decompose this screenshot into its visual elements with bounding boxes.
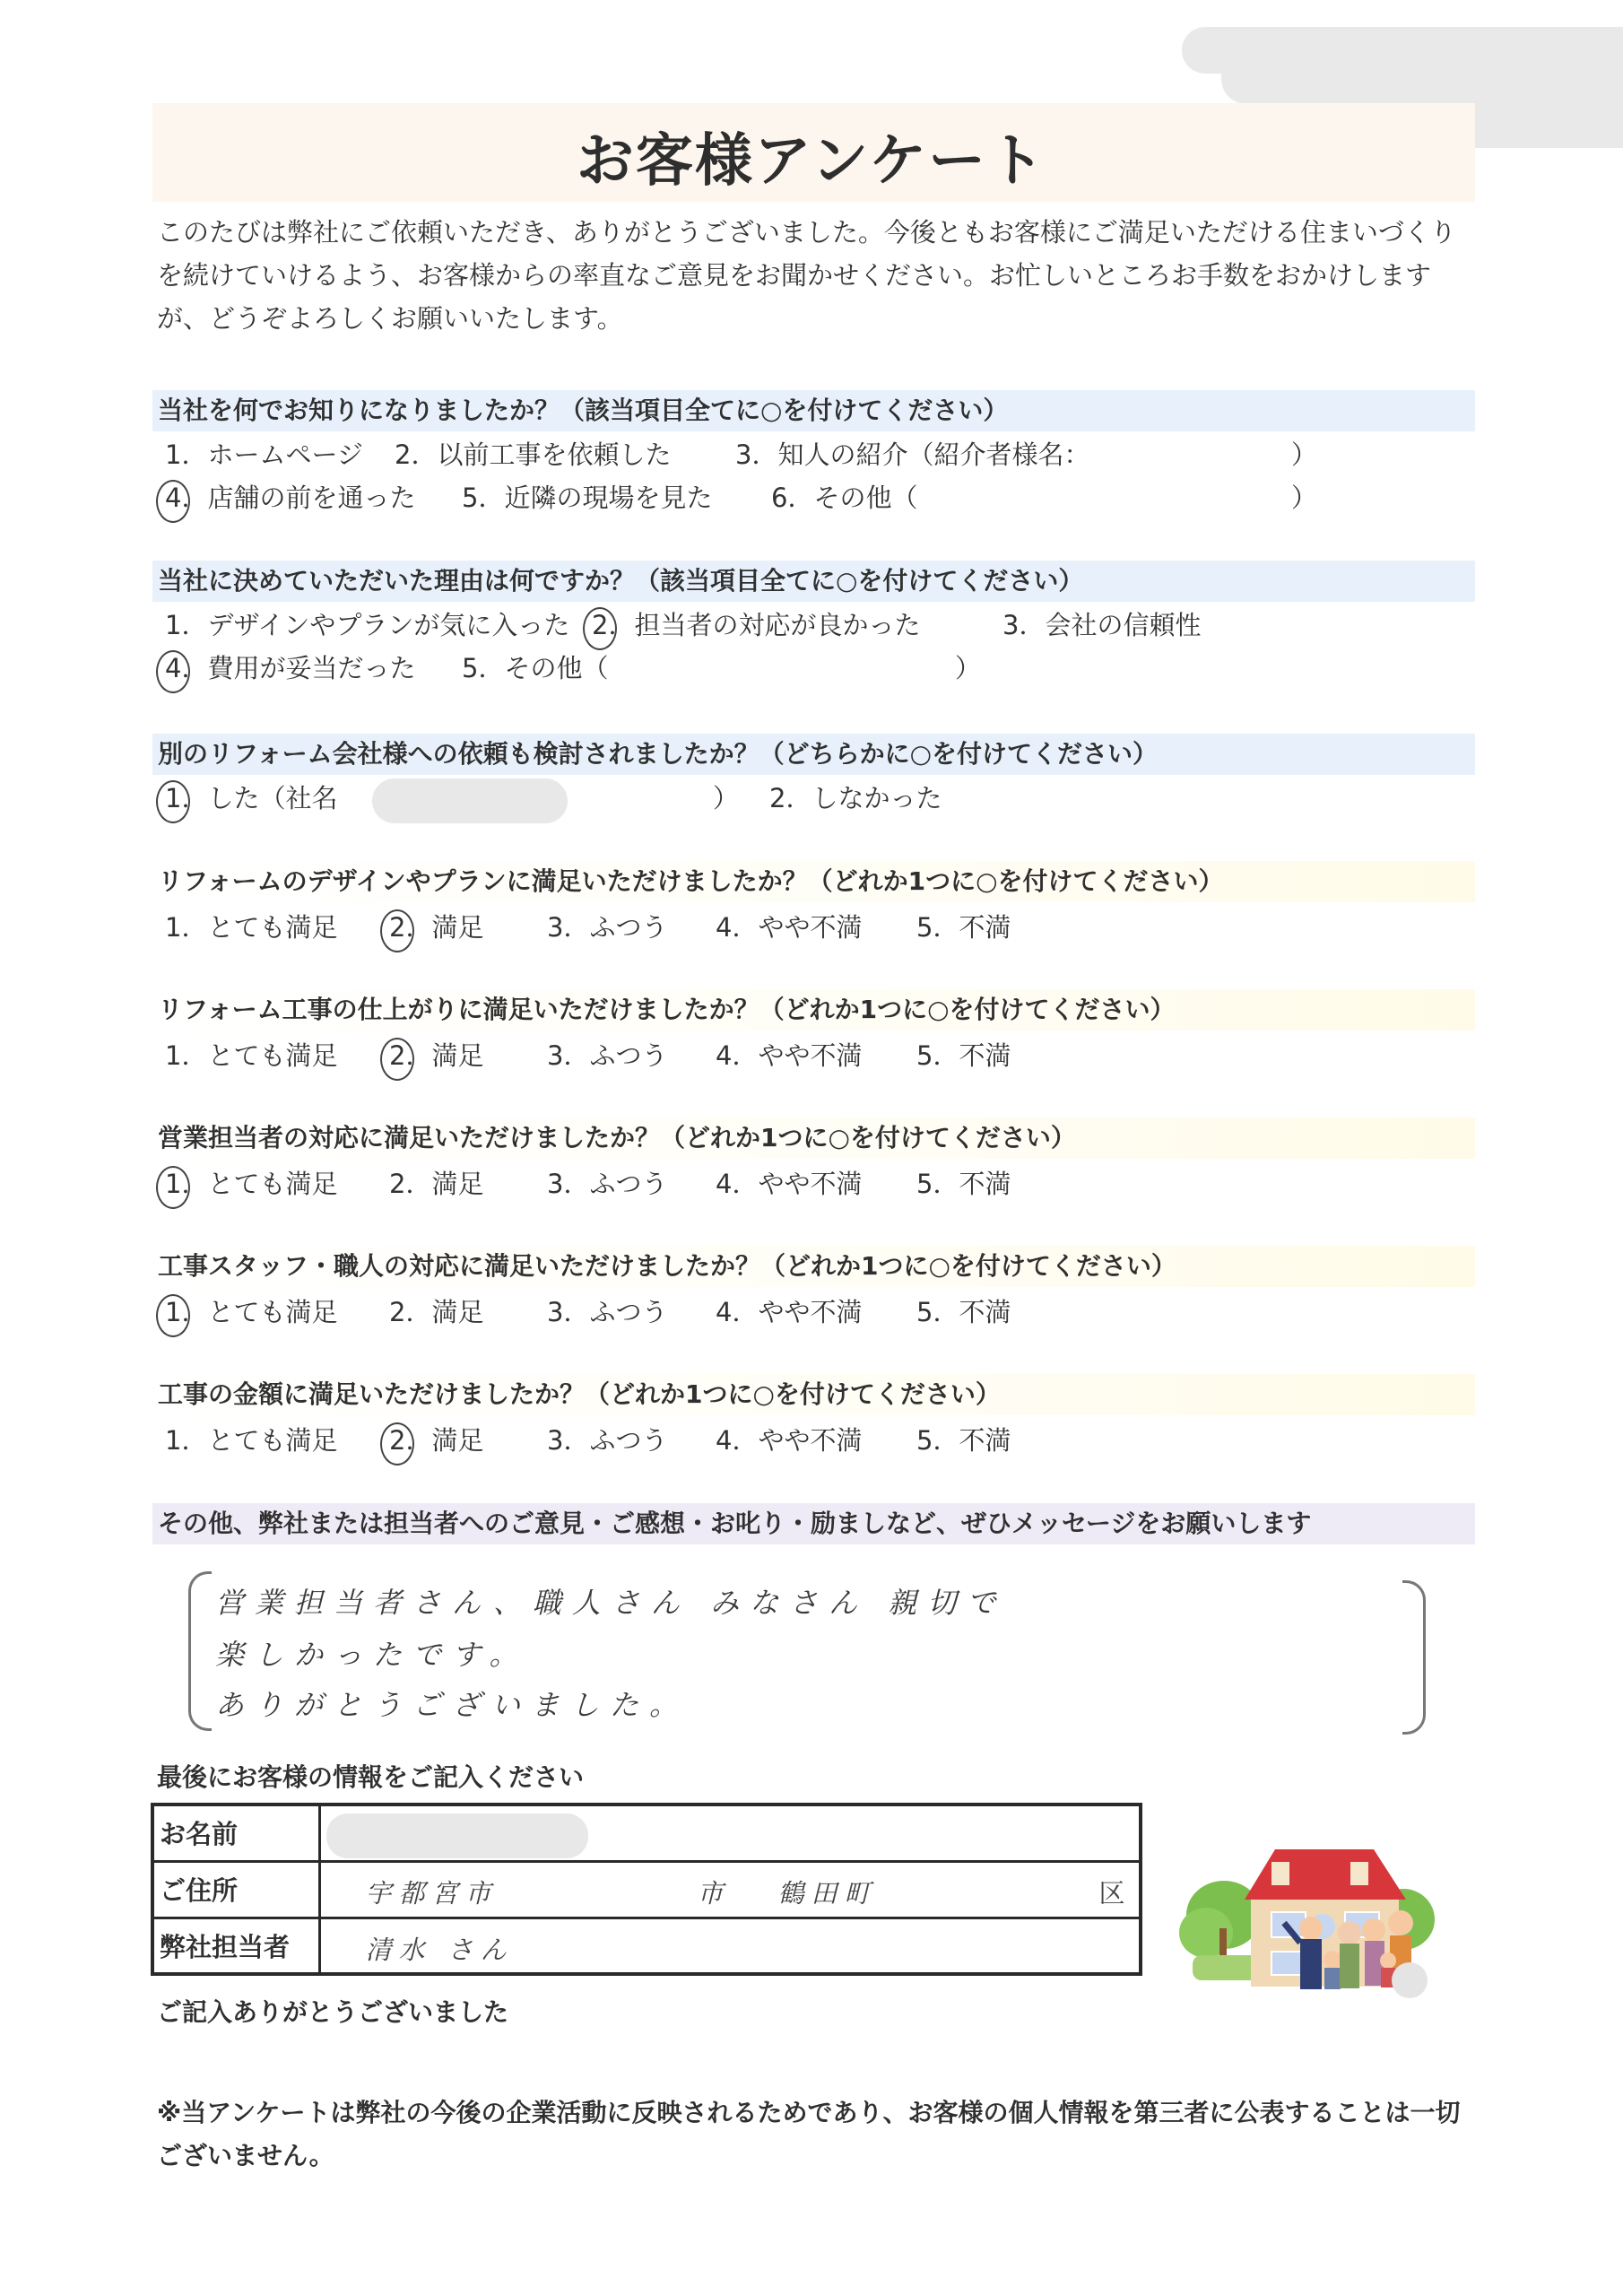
question-header: 当社を何でお知りになりましたか？（該当項目全てに○を付けてください） bbox=[152, 390, 1475, 431]
customer-info-table: お名前 ご住所 宇都宮市 市 鶴田町 区 弊社担当者 清水 さん bbox=[151, 1803, 1142, 1976]
rating-dissatisfied[interactable]: 5．不満 bbox=[916, 906, 1011, 949]
rating-neutral[interactable]: 3．ふつう bbox=[547, 1291, 667, 1334]
rating-satisfied[interactable]: 2．満足 bbox=[389, 1419, 483, 1462]
option-referral[interactable]: 3．知人の紹介（紹介者様名： bbox=[735, 433, 1089, 476]
rating-somewhat-dissatisfied[interactable]: 4．やや不満 bbox=[716, 1419, 862, 1462]
rating-row: 1．とても満足 2．満足 3．ふつう 4．やや不満 5．不満 bbox=[152, 1034, 1475, 1077]
comments-box[interactable]: 営業担当者さん、職人さん みなさん 親切で 楽しかったです。 ありがとうございま… bbox=[188, 1571, 1426, 1731]
rating-very-satisfied[interactable]: 1．とても満足 bbox=[165, 1034, 337, 1077]
rating-question-craftsmen: 工事スタッフ・職人の対応に満足いただけましたか？（どれか1つに○を付けてください… bbox=[152, 1246, 1475, 1334]
circled-mark: 1 bbox=[165, 777, 181, 820]
rep-field[interactable]: 清水 さん bbox=[319, 1918, 1141, 1974]
option-row: 1．した（社名 ） 2．しなかった bbox=[152, 777, 1475, 820]
option-row: 4．費用が妥当だった 5．その他（ ） bbox=[152, 647, 1475, 690]
rating-question-sales-staff: 営業担当者の対応に満足いただけましたか？（どれか1つに○を付けてください） 1．… bbox=[152, 1118, 1475, 1205]
question-header: 工事スタッフ・職人の対応に満足いただけましたか？（どれか1つに○を付けてください… bbox=[152, 1246, 1475, 1287]
rating-row: 1．とても満足 2．満足 3．ふつう 4．やや不満 5．不満 bbox=[152, 1419, 1475, 1462]
rating-dissatisfied[interactable]: 5．不満 bbox=[916, 1291, 1011, 1334]
rating-satisfied[interactable]: 2．満足 bbox=[389, 1291, 483, 1334]
rating-very-satisfied[interactable]: 1．とても満足 bbox=[165, 906, 337, 949]
option-row: 4．店舗の前を通った 5．近隣の現場を見た 6．その他（ ） bbox=[152, 476, 1475, 519]
rating-neutral[interactable]: 3．ふつう bbox=[547, 1162, 667, 1205]
redaction-block bbox=[1221, 54, 1623, 104]
bracket-left bbox=[188, 1571, 212, 1731]
circled-mark: 2 bbox=[389, 906, 405, 949]
rating-satisfied[interactable]: 2．満足 bbox=[389, 906, 483, 949]
rep-label: 弊社担当者 bbox=[152, 1918, 319, 1974]
question-header: リフォーム工事の仕上がりに満足いただけましたか？（どれか1つに○を付けてください… bbox=[152, 989, 1475, 1031]
option-design[interactable]: 1．デザインやプランが気に入った bbox=[165, 604, 569, 647]
circled-mark: 4 bbox=[165, 647, 181, 690]
rating-question-design: リフォームのデザインやプランに満足いただけましたか？（どれか1つに○を付けてくだ… bbox=[152, 861, 1475, 949]
question-header: 別のリフォーム会社様への依頼も検討されましたか？（どちらかに○を付けてください） bbox=[152, 734, 1475, 775]
option-no[interactable]: 2．しなかった bbox=[769, 777, 942, 820]
circled-mark: 1 bbox=[165, 1162, 181, 1205]
question-header: 工事の金額に満足いただけましたか？（どれか1つに○を付けてください） bbox=[152, 1374, 1475, 1415]
rating-dissatisfied[interactable]: 5．不満 bbox=[916, 1162, 1011, 1205]
address-ward: 区 bbox=[1099, 1874, 1133, 1910]
rating-neutral[interactable]: 3．ふつう bbox=[547, 1419, 667, 1462]
rating-row: 1．とても満足 2．満足 3．ふつう 4．やや不満 5．不満 bbox=[152, 1291, 1475, 1334]
address-field[interactable]: 宇都宮市 市 鶴田町 区 bbox=[319, 1861, 1141, 1918]
rating-somewhat-dissatisfied[interactable]: 4．やや不満 bbox=[716, 1034, 862, 1077]
thanks-text: ご記入ありがとうございました bbox=[157, 1993, 508, 2029]
rating-satisfied[interactable]: 2．満足 bbox=[389, 1162, 483, 1205]
option-passed-store[interactable]: 4．店舗の前を通った bbox=[165, 476, 415, 519]
rating-question-finish: リフォーム工事の仕上がりに満足いただけましたか？（どれか1つに○を付けてください… bbox=[152, 989, 1475, 1077]
address-pref: 宇都宮市 bbox=[366, 1874, 499, 1910]
rating-neutral[interactable]: 3．ふつう bbox=[547, 906, 667, 949]
name-field[interactable] bbox=[319, 1805, 1141, 1861]
rating-very-satisfied[interactable]: 1．とても満足 bbox=[165, 1162, 337, 1205]
option-other[interactable]: 5．その他（ bbox=[462, 647, 608, 690]
customer-info-header: 最後にお客様の情報をご記入ください bbox=[157, 1758, 584, 1794]
option-staff[interactable]: 2．担当者の対応が良かった bbox=[592, 604, 920, 647]
rating-very-satisfied[interactable]: 1．とても満足 bbox=[165, 1419, 337, 1462]
family-house-illustration bbox=[1175, 1830, 1444, 2000]
circled-mark: 2 bbox=[389, 1034, 405, 1077]
option-previous-work[interactable]: 2．以前工事を依頼した bbox=[395, 433, 671, 476]
option-cost[interactable]: 4．費用が妥当だった bbox=[165, 647, 415, 690]
close-paren: ） bbox=[1291, 476, 1317, 519]
comment-line: 営業担当者さん、職人さん みなさん 親切で bbox=[215, 1580, 1006, 1622]
circled-mark: 4 bbox=[165, 476, 181, 519]
rating-somewhat-dissatisfied[interactable]: 4．やや不満 bbox=[716, 1291, 862, 1334]
rating-very-satisfied[interactable]: 1．とても満足 bbox=[165, 1291, 337, 1334]
comments-header: その他、弊社または担当者へのご意見・ご感想・お叱り・励ましなど、ぜひメッセージを… bbox=[152, 1503, 1475, 1544]
name-label: お名前 bbox=[152, 1805, 319, 1861]
question-other-companies: 別のリフォーム会社様への依頼も検討されましたか？（どちらかに○を付けてください）… bbox=[152, 734, 1475, 820]
close-paren: ） bbox=[955, 647, 981, 690]
rating-neutral[interactable]: 3．ふつう bbox=[547, 1034, 667, 1077]
comment-line: ありがとうございました。 bbox=[215, 1683, 689, 1724]
option-row: 1．ホームページ 2．以前工事を依頼した 3．知人の紹介（紹介者様名： ） bbox=[152, 433, 1475, 476]
circled-mark: 2 bbox=[389, 1419, 405, 1462]
circled-mark: 1 bbox=[165, 1291, 181, 1334]
circled-mark: 2 bbox=[592, 604, 608, 647]
option-homepage[interactable]: 1．ホームページ bbox=[165, 433, 363, 476]
bracket-right bbox=[1402, 1580, 1426, 1735]
rating-somewhat-dissatisfied[interactable]: 4．やや不満 bbox=[716, 1162, 862, 1205]
close-paren: ） bbox=[713, 777, 739, 820]
intro-text: このたびは弊社にご依頼いただき、ありがとうございました。今後ともお客様にご満足い… bbox=[157, 211, 1475, 340]
address-town: 鶴田町 bbox=[778, 1874, 878, 1910]
rating-row: 1．とても満足 2．満足 3．ふつう 4．やや不満 5．不満 bbox=[152, 906, 1475, 949]
question-header: 当社に決めていただいた理由は何ですか？（該当項目全てに○を付けてください） bbox=[152, 561, 1475, 602]
option-saw-site[interactable]: 5．近隣の現場を見た bbox=[462, 476, 712, 519]
question-header: 営業担当者の対応に満足いただけましたか？（どれか1つに○を付けてください） bbox=[152, 1118, 1475, 1159]
option-reliability[interactable]: 3．会社の信頼性 bbox=[1002, 604, 1201, 647]
rating-dissatisfied[interactable]: 5．不満 bbox=[916, 1034, 1011, 1077]
question-why-chosen: 当社に決めていただいた理由は何ですか？（該当項目全てに○を付けてください） 1．… bbox=[152, 561, 1475, 690]
rating-question-price: 工事の金額に満足いただけましたか？（どれか1つに○を付けてください） 1．とても… bbox=[152, 1374, 1475, 1462]
option-row: 1．デザインやプランが気に入った 2．担当者の対応が良かった 3．会社の信頼性 bbox=[152, 604, 1475, 647]
comments-section: その他、弊社または担当者へのご意見・ご感想・お叱り・励ましなど、ぜひメッセージを… bbox=[152, 1503, 1475, 1544]
question-header: リフォームのデザインやプランに満足いただけましたか？（どれか1つに○を付けてくだ… bbox=[152, 861, 1475, 902]
address-city: 市 bbox=[698, 1874, 731, 1910]
option-yes[interactable]: 1．した（社名 bbox=[165, 777, 337, 820]
privacy-note: ※当アンケートは弊社の今後の企業活動に反映されるためであり、お客様の個人情報を第… bbox=[157, 2092, 1475, 2178]
question-how-found: 当社を何でお知りになりましたか？（該当項目全てに○を付けてください） 1．ホーム… bbox=[152, 390, 1475, 519]
address-label: ご住所 bbox=[152, 1861, 319, 1918]
option-other[interactable]: 6．その他（ bbox=[771, 476, 917, 519]
page-title: お客様アンケート bbox=[0, 115, 1623, 197]
redacted-company-name bbox=[372, 778, 568, 823]
comment-line: 楽しかったです。 bbox=[215, 1632, 528, 1674]
rating-dissatisfied[interactable]: 5．不満 bbox=[916, 1419, 1011, 1462]
close-paren: ） bbox=[1291, 433, 1317, 476]
rating-somewhat-dissatisfied[interactable]: 4．やや不満 bbox=[716, 906, 862, 949]
redacted-name bbox=[326, 1813, 588, 1858]
rating-satisfied[interactable]: 2．満足 bbox=[389, 1034, 483, 1077]
rating-row: 1．とても満足 2．満足 3．ふつう 4．やや不満 5．不満 bbox=[152, 1162, 1475, 1205]
